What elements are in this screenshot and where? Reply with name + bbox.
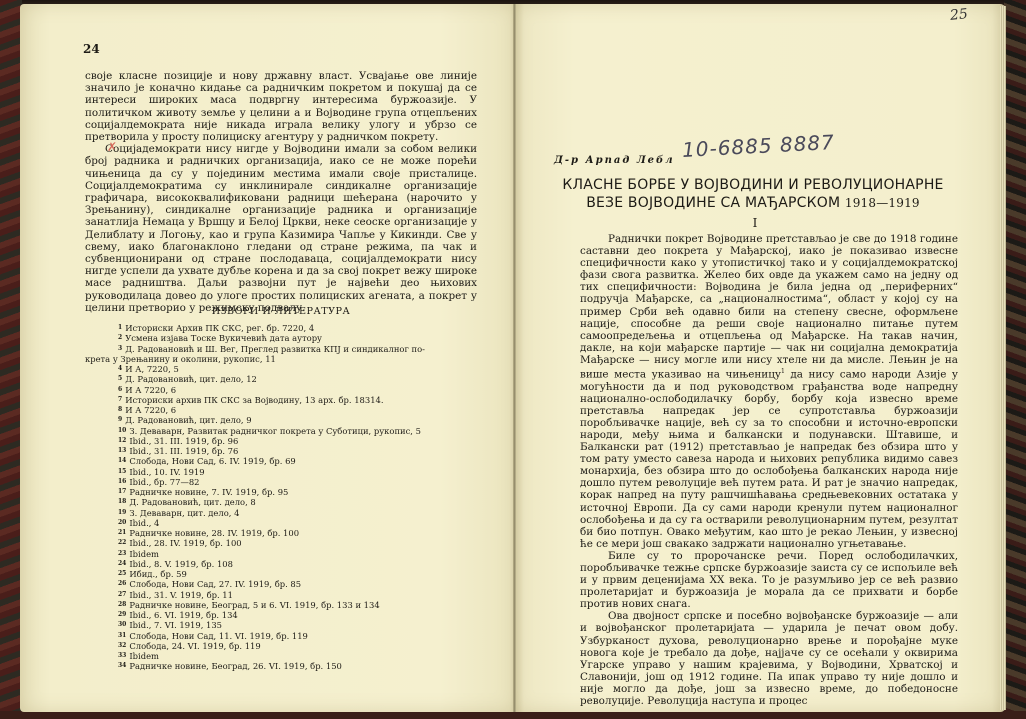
reference-item: 33Ibidem <box>118 651 484 661</box>
right-body-text: Раднички покрет Војводине претстављао је… <box>580 233 958 707</box>
reference-item: 1Историски Архив ПК СКС, рег. бр. 7220, … <box>118 323 484 333</box>
book-gutter <box>513 4 516 712</box>
book-cover-right <box>1004 0 1026 719</box>
author-name: Д-р Арпад Лебл <box>554 155 675 166</box>
reference-item: 12Ibid., 31. III. 1919, бр. 96 <box>118 436 484 446</box>
reference-item: 29Ibid., 6. VI. 1919, бр. 134 <box>118 610 484 620</box>
reference-item: 9Д. Радовановић, цит. дело, 9 <box>118 415 484 425</box>
article-title: КЛАСНЕ БОРБЕ У ВОЈВОДИНИ И РЕВОЛУЦИОНАРН… <box>552 176 954 212</box>
paragraph-wrapper: ✗ Социјадемократи нису нигде у Војводини… <box>85 143 477 314</box>
page-number-left: 24 <box>83 42 100 56</box>
book-cover-left <box>0 0 22 719</box>
reference-item: 24Ibid., 8. V. 1919, бр. 108 <box>118 559 484 569</box>
paragraph: своје класне позиције и нову државну вла… <box>85 70 477 143</box>
reference-item: 16Ibid., бр. 77—82 <box>118 477 484 487</box>
reference-item: 14Слобода, Нови Сад, 6. IV. 1919, бр. 69 <box>118 456 484 466</box>
paragraph: Раднички покрет Војводине претстављао је… <box>580 233 958 550</box>
reference-item: 28Радничке новине, Београд, 5 и 6. VI. 1… <box>118 600 484 610</box>
reference-item: 20Ibid., 4 <box>118 518 484 528</box>
title-line-2: ВЕЗЕ ВОЈВОДИНЕ СА МАЂАРСКОМ 1918—1919 <box>552 194 954 212</box>
page-edges <box>1000 6 1006 710</box>
book-cover-bottom <box>0 711 1026 719</box>
paragraph: Ова двојност српске и посебно војвођанск… <box>580 610 958 707</box>
reference-item: 8И А 7220, 6 <box>118 405 484 415</box>
reference-item: 27Ibid., 31. V. 1919, бр. 11 <box>118 590 484 600</box>
section-heading-sources: ИЗВОРИ И ЛИТЕРАТУРА <box>85 306 477 317</box>
references-list: 1Историски Архив ПК СКС, рег. бр. 7220, … <box>118 323 484 672</box>
paragraph: Социјадемократи нису нигде у Војводини и… <box>85 143 477 314</box>
reference-item: 25Ибид., бр. 59 <box>118 569 484 579</box>
reference-item: 32Слобода, 24. VI. 1919, бр. 119 <box>118 641 484 651</box>
reference-item: 17Радничке новине, 7. IV. 1919, бр. 95 <box>118 487 484 497</box>
reference-item: 13Ibid., 31. III. 1919, бр. 76 <box>118 446 484 456</box>
reference-item: 3Д. Радовановић и Ш. Вег, Преглед развит… <box>118 344 484 354</box>
reference-item: 30Ibid., 7. VI. 1919, 135 <box>118 620 484 630</box>
reference-item: 15Ibid., 10. IV. 1919 <box>118 467 484 477</box>
handwritten-page-number: 25 <box>949 6 968 24</box>
left-body-text: своје класне позиције и нову државну вла… <box>85 70 477 314</box>
reference-item: 4И А, 7220, 5 <box>118 364 484 374</box>
reference-item: 34Радничке новине, Београд, 26. VI. 1919… <box>118 661 484 671</box>
title-line-1: КЛАСНЕ БОРБЕ У ВОЈВОДИНИ И РЕВОЛУЦИОНАРН… <box>552 176 954 194</box>
section-number: I <box>740 216 770 230</box>
title-years: 1918—1919 <box>845 196 920 210</box>
paragraph: Биле су то пророчанске речи. Поред ослоб… <box>580 550 958 610</box>
reference-item: 19З. Деваварн, цит. дело, 4 <box>118 508 484 518</box>
reference-item-continuation: крета у Зрењанину и околини, рукопис, 11 <box>85 354 484 364</box>
reference-item: 21Радничке новине, 28. IV. 1919, бр. 100 <box>118 528 484 538</box>
reference-item: 5Д. Радовановић, цит. дело, 12 <box>118 374 484 384</box>
reference-item: 22Ibid., 28. IV. 1919, бр. 100 <box>118 538 484 548</box>
reference-item: 2Усмена изјава Тоске Вукичевић дата ауто… <box>118 333 484 343</box>
reference-item: 18Д. Радовановић, цит. дело, 8 <box>118 497 484 507</box>
reference-item: 31Слобода, Нови Сад, 11. VI. 1919, бр. 1… <box>118 631 484 641</box>
reference-item: 23Ibidem <box>118 549 484 559</box>
reference-item: 7Историски архив ПК СКС за Војводину, 13… <box>118 395 484 405</box>
red-annotation-mark: ✗ <box>87 141 117 153</box>
reference-item: 10З. Деваварн, Развитак радничког покрет… <box>118 426 484 436</box>
reference-item: 6И А 7220, 6 <box>118 385 484 395</box>
reference-item: 26Слобода, Нови Сад, 27. IV. 1919, бр. 8… <box>118 579 484 589</box>
